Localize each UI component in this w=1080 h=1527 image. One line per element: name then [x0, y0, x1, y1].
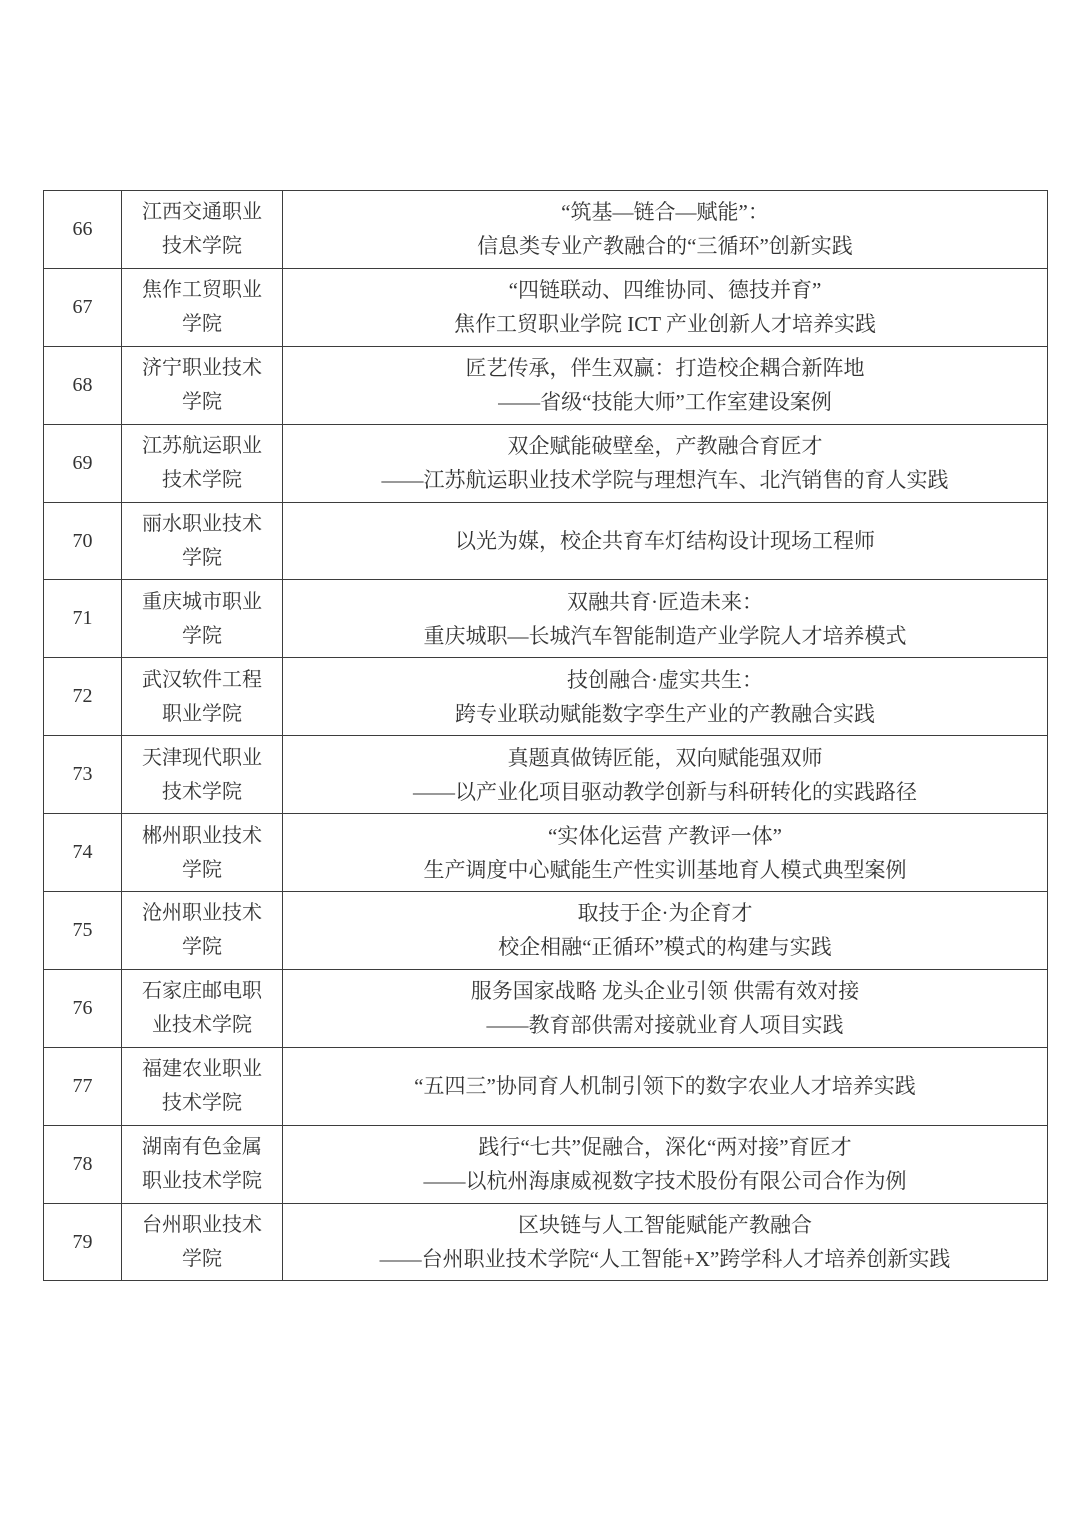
case-title-line: ——省级“技能大师”工作室建设案例: [283, 385, 1047, 419]
college-name-cell: 天津现代职业技术学院: [122, 736, 283, 814]
college-name-cell: 福建农业职业技术学院: [122, 1047, 283, 1125]
case-title-cell: 技创融合·虚实共生：跨专业联动赋能数字孪生产业的产教融合实践: [283, 658, 1048, 736]
college-name: 台州职业技术学院: [139, 1208, 265, 1276]
college-name: 沧州职业技术学院: [139, 896, 265, 964]
table-body: 66江西交通职业技术学院“筑基—链合—赋能”：信息类专业产教融合的“三循环”创新…: [44, 191, 1048, 1281]
case-title-cell: 匠艺传承，伴生双赢：打造校企耦合新阵地——省级“技能大师”工作室建设案例: [283, 346, 1048, 424]
case-title-cell: “四链联动、四维协同、德技并育”焦作工贸职业学院 ICT 产业创新人才培养实践: [283, 268, 1048, 346]
case-title-cell: “实体化运营 产教评一体”生产调度中心赋能生产性实训基地育人模式典型案例: [283, 814, 1048, 892]
case-title-line: ——教育部供需对接就业育人项目实践: [283, 1008, 1047, 1042]
case-title-line: 以光为媒，校企共育车灯结构设计现场工程师: [283, 524, 1047, 558]
case-title-line: ——以产业化项目驱动教学创新与科研转化的实践路径: [283, 775, 1047, 809]
table-row: 71重庆城市职业学院双融共育·匠造未来：重庆城职—长城汽车智能制造产业学院人才培…: [44, 580, 1048, 658]
table-row: 66江西交通职业技术学院“筑基—链合—赋能”：信息类专业产教融合的“三循环”创新…: [44, 191, 1048, 269]
case-title-cell: 双企赋能破壁垒，产教融合育匠才——江苏航运职业技术学院与理想汽车、北汽销售的育人…: [283, 424, 1048, 502]
college-name: 江西交通职业技术学院: [139, 195, 265, 263]
case-title-line: 区块链与人工智能赋能产教融合: [283, 1208, 1047, 1242]
case-title-cell: 真题真做铸匠能，双向赋能强双师——以产业化项目驱动教学创新与科研转化的实践路径: [283, 736, 1048, 814]
college-name: 丽水职业技术学院: [139, 507, 265, 575]
college-name-cell: 重庆城市职业学院: [122, 580, 283, 658]
college-name: 江苏航运职业技术学院: [139, 429, 265, 497]
table-row: 79台州职业技术学院区块链与人工智能赋能产教融合——台州职业技术学院“人工智能+…: [44, 1203, 1048, 1281]
table-row: 75沧州职业技术学院取技于企·为企育才校企相融“正循环”模式的构建与实践: [44, 892, 1048, 970]
case-title-cell: “筑基—链合—赋能”：信息类专业产教融合的“三循环”创新实践: [283, 191, 1048, 269]
table-row: 77福建农业职业技术学院“五四三”协同育人机制引领下的数字农业人才培养实践: [44, 1047, 1048, 1125]
college-name-cell: 沧州职业技术学院: [122, 892, 283, 970]
case-title-cell: 双融共育·匠造未来：重庆城职—长城汽车智能制造产业学院人才培养模式: [283, 580, 1048, 658]
table-row: 70丽水职业技术学院以光为媒，校企共育车灯结构设计现场工程师: [44, 502, 1048, 580]
row-number: 78: [44, 1125, 122, 1203]
case-title-line: ——以杭州海康威视数字技术股份有限公司合作为例: [283, 1164, 1047, 1198]
case-title-line: “四链联动、四维协同、德技并育”: [283, 273, 1047, 307]
college-name: 湖南有色金属职业技术学院: [139, 1130, 265, 1198]
case-title-line: 重庆城职—长城汽车智能制造产业学院人才培养模式: [283, 619, 1047, 653]
row-number: 68: [44, 346, 122, 424]
college-name: 焦作工贸职业学院: [139, 273, 265, 341]
row-number: 72: [44, 658, 122, 736]
row-number: 73: [44, 736, 122, 814]
table-row: 74郴州职业技术学院“实体化运营 产教评一体”生产调度中心赋能生产性实训基地育人…: [44, 814, 1048, 892]
case-title-line: 双企赋能破壁垒，产教融合育匠才: [283, 429, 1047, 463]
row-number: 79: [44, 1203, 122, 1281]
table-row: 69江苏航运职业技术学院双企赋能破壁垒，产教融合育匠才——江苏航运职业技术学院与…: [44, 424, 1048, 502]
college-name: 重庆城市职业学院: [139, 585, 265, 653]
row-number: 74: [44, 814, 122, 892]
case-title-cell: “五四三”协同育人机制引领下的数字农业人才培养实践: [283, 1047, 1048, 1125]
table-row: 72武汉软件工程职业学院技创融合·虚实共生：跨专业联动赋能数字孪生产业的产教融合…: [44, 658, 1048, 736]
row-number: 76: [44, 969, 122, 1047]
college-name-cell: 济宁职业技术学院: [122, 346, 283, 424]
case-title-cell: 区块链与人工智能赋能产教融合——台州职业技术学院“人工智能+X”跨学科人才培养创…: [283, 1203, 1048, 1281]
row-number: 77: [44, 1047, 122, 1125]
case-title-line: 校企相融“正循环”模式的构建与实践: [283, 930, 1047, 964]
row-number: 71: [44, 580, 122, 658]
case-title-line: ——江苏航运职业技术学院与理想汽车、北汽销售的育人实践: [283, 463, 1047, 497]
table-row: 73天津现代职业技术学院真题真做铸匠能，双向赋能强双师——以产业化项目驱动教学创…: [44, 736, 1048, 814]
college-name: 济宁职业技术学院: [139, 351, 265, 419]
case-title-line: 取技于企·为企育才: [283, 896, 1047, 930]
table-row: 67焦作工贸职业学院“四链联动、四维协同、德技并育”焦作工贸职业学院 ICT 产…: [44, 268, 1048, 346]
case-title-line: “实体化运营 产教评一体”: [283, 819, 1047, 853]
case-title-line: 真题真做铸匠能，双向赋能强双师: [283, 741, 1047, 775]
case-title-line: 匠艺传承，伴生双赢：打造校企耦合新阵地: [283, 351, 1047, 385]
row-number: 70: [44, 502, 122, 580]
college-name: 郴州职业技术学院: [139, 819, 265, 887]
college-name: 武汉软件工程职业学院: [139, 663, 265, 731]
college-name-cell: 石家庄邮电职业技术学院: [122, 969, 283, 1047]
row-number: 75: [44, 892, 122, 970]
college-name-cell: 台州职业技术学院: [122, 1203, 283, 1281]
college-name: 天津现代职业技术学院: [139, 741, 265, 809]
table-row: 76石家庄邮电职业技术学院服务国家战略 龙头企业引领 供需有效对接——教育部供需…: [44, 969, 1048, 1047]
case-title-line: 跨专业联动赋能数字孪生产业的产教融合实践: [283, 697, 1047, 731]
table-row: 78湖南有色金属职业技术学院践行“七共”促融合，深化“两对接”育匠才——以杭州海…: [44, 1125, 1048, 1203]
row-number: 66: [44, 191, 122, 269]
case-title-line: 践行“七共”促融合，深化“两对接”育匠才: [283, 1130, 1047, 1164]
case-title-cell: 取技于企·为企育才校企相融“正循环”模式的构建与实践: [283, 892, 1048, 970]
case-title-line: 技创融合·虚实共生：: [283, 663, 1047, 697]
college-name-cell: 焦作工贸职业学院: [122, 268, 283, 346]
college-name-cell: 江西交通职业技术学院: [122, 191, 283, 269]
row-number: 67: [44, 268, 122, 346]
college-name-cell: 江苏航运职业技术学院: [122, 424, 283, 502]
case-title-line: 焦作工贸职业学院 ICT 产业创新人才培养实践: [283, 307, 1047, 341]
row-number: 69: [44, 424, 122, 502]
college-name-cell: 湖南有色金属职业技术学院: [122, 1125, 283, 1203]
college-name-cell: 郴州职业技术学院: [122, 814, 283, 892]
case-title-line: 生产调度中心赋能生产性实训基地育人模式典型案例: [283, 853, 1047, 887]
table-row: 68济宁职业技术学院匠艺传承，伴生双赢：打造校企耦合新阵地——省级“技能大师”工…: [44, 346, 1048, 424]
case-title-cell: 践行“七共”促融合，深化“两对接”育匠才——以杭州海康威视数字技术股份有限公司合…: [283, 1125, 1048, 1203]
case-title-line: 信息类专业产教融合的“三循环”创新实践: [283, 229, 1047, 263]
case-title-cell: 以光为媒，校企共育车灯结构设计现场工程师: [283, 502, 1048, 580]
case-title-line: ——台州职业技术学院“人工智能+X”跨学科人才培养创新实践: [283, 1242, 1047, 1276]
case-title-line: “五四三”协同育人机制引领下的数字农业人才培养实践: [283, 1069, 1047, 1103]
college-name: 福建农业职业技术学院: [139, 1052, 265, 1120]
college-name: 石家庄邮电职业技术学院: [139, 974, 265, 1042]
college-name-cell: 丽水职业技术学院: [122, 502, 283, 580]
case-title-line: “筑基—链合—赋能”：: [283, 195, 1047, 229]
case-title-line: 服务国家战略 龙头企业引领 供需有效对接: [283, 974, 1047, 1008]
case-title-line: 双融共育·匠造未来：: [283, 585, 1047, 619]
case-title-cell: 服务国家战略 龙头企业引领 供需有效对接——教育部供需对接就业育人项目实践: [283, 969, 1048, 1047]
case-list-table: 66江西交通职业技术学院“筑基—链合—赋能”：信息类专业产教融合的“三循环”创新…: [43, 190, 1048, 1281]
college-name-cell: 武汉软件工程职业学院: [122, 658, 283, 736]
